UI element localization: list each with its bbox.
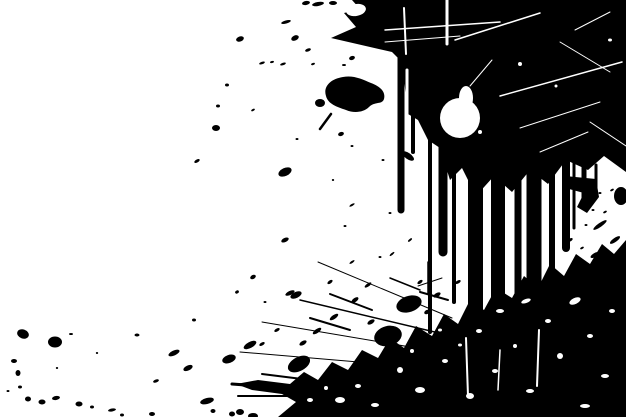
grunge-texture-image [0, 0, 626, 417]
ink-splatter-svg [0, 0, 626, 417]
